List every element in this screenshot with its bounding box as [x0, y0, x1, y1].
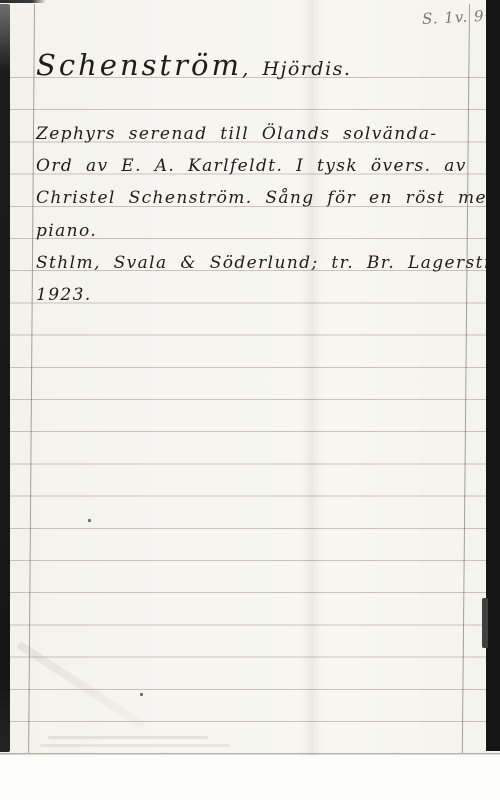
ink-speck [140, 693, 143, 696]
pencil-smudge [48, 736, 208, 739]
scanned-catalog-card: S. 1v. 9½ Schenström, Hjördis. Zephyrs s… [0, 0, 500, 800]
scan-edge-notch [482, 598, 488, 648]
scan-edge-left [0, 4, 10, 752]
card-line-translator: Christel Schenström. Sång för en röst me… [36, 182, 476, 214]
card-line-year: 1923. [36, 279, 476, 311]
scan-edge-right [486, 0, 500, 751]
scan-edge-top [0, 0, 46, 3]
paper-crease [300, 0, 322, 755]
ink-speck [88, 519, 91, 522]
card-line-title: Zephyrs serenad till Ölands solvända- [36, 118, 476, 150]
heading-surname: Schenström [36, 48, 242, 82]
card-line-instrument: piano. [36, 215, 476, 247]
scanner-background [0, 755, 500, 800]
card-line-publisher: Sthlm, Svala & Söderlund; tr. Br. Lagers… [36, 247, 476, 279]
card-line-lyricist: Ord av E. A. Karlfeldt. I tysk övers. av [36, 150, 476, 182]
heading-comma: , [242, 56, 248, 80]
card-body: Zephyrs serenad till Ölands solvända- Or… [36, 118, 476, 311]
heading-forename: Hjördis. [262, 58, 351, 80]
card-paper: S. 1v. 9½ Schenström, Hjördis. Zephyrs s… [0, 0, 500, 755]
card-heading: Schenström, Hjördis. [36, 48, 351, 82]
pencil-smudge [40, 744, 230, 747]
